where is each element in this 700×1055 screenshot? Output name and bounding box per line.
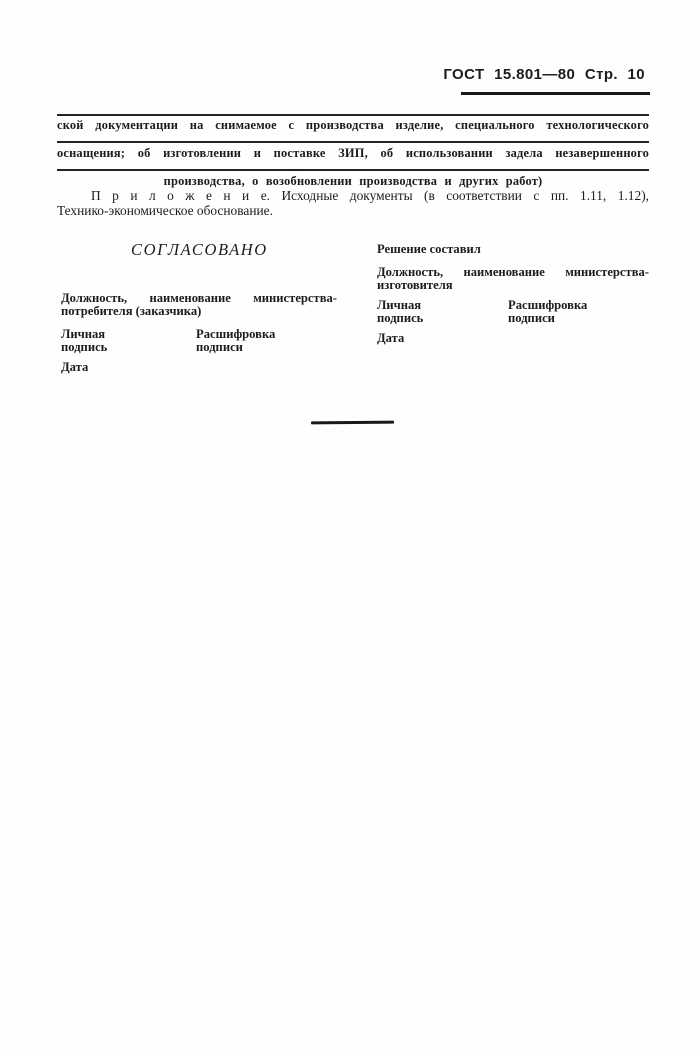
left-personal-signature-label: Личная подпись — [61, 328, 107, 354]
appendix-line-1: П р и л о ж е н и е. Исходные документы … — [57, 188, 649, 203]
right-date-label: Дата — [377, 332, 404, 345]
header-underline-rule — [461, 92, 650, 95]
right-role-line-2: изготовителя — [377, 279, 453, 292]
intro-text-line-3: производства, о возобновлении производст… — [57, 174, 649, 188]
scanned-document-page: ГОСТ 15.801—80 Стр. 10 ской документации… — [0, 0, 700, 1055]
agreed-heading: СОГЛАСОВАНО — [131, 240, 268, 260]
right-signature-transcript-label: Расшифровка подписи — [508, 299, 587, 325]
right-personal-signature-label: Личная подпись — [377, 299, 423, 325]
form-ruled-line — [57, 114, 649, 116]
page-header-gost-number: ГОСТ 15.801—80 Стр. 10 — [443, 66, 645, 83]
decision-heading: Решение составил — [377, 243, 481, 256]
left-role-line-2: потребителя (заказчика) — [61, 305, 201, 318]
appendix-paragraph: П р и л о ж е н и е. Исходные документы … — [57, 188, 649, 218]
form-ruled-line — [57, 169, 649, 171]
left-signature-transcript-label: Расшифровка подписи — [196, 328, 275, 354]
end-of-document-divider — [311, 421, 394, 425]
left-date-label: Дата — [61, 361, 88, 374]
intro-text-line-1: ской документации на снимаемое с произво… — [57, 118, 649, 132]
intro-text-line-2: оснащения; об изготовлении и поставке ЗИ… — [57, 146, 649, 160]
form-ruled-line — [57, 141, 649, 143]
appendix-line-2: Технико-экономическое обоснование. — [57, 203, 649, 218]
